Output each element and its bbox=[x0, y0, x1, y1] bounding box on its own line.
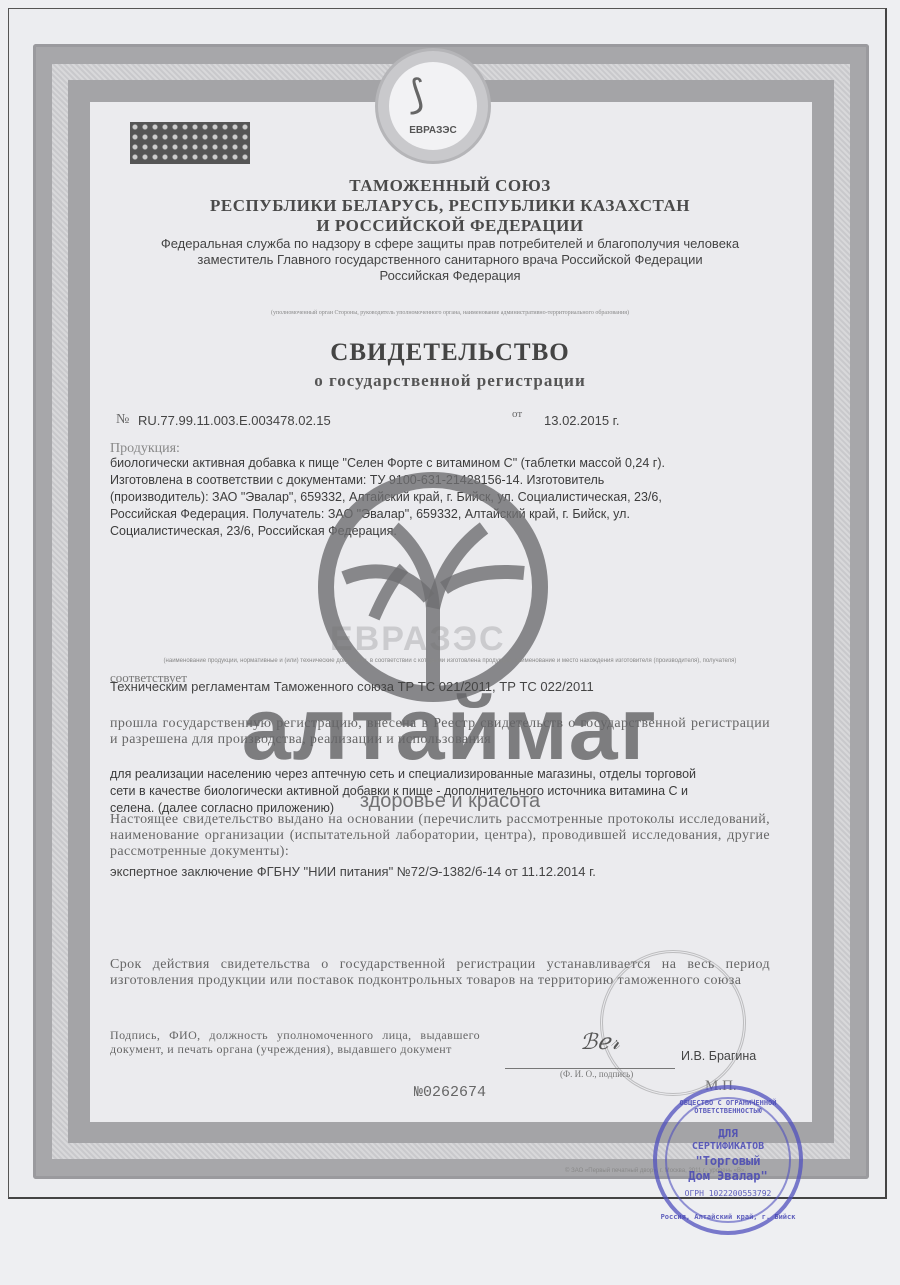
authority-line-2: заместитель Главного государственного са… bbox=[0, 252, 900, 267]
signatory-name: И.В. Брагина bbox=[681, 1049, 756, 1063]
eurasec-logo-icon: ⟆ bbox=[409, 72, 425, 118]
validity-statement: Срок действия свидетельства о государств… bbox=[110, 957, 770, 989]
signature-scribble: ℬℯ𝓇 bbox=[580, 1030, 620, 1055]
leaf-icon bbox=[334, 488, 532, 686]
signature-caption: Подпись, ФИО, должность уполномоченного … bbox=[110, 1028, 480, 1056]
signatory-caption: (Ф. И. О., подпись) bbox=[560, 1069, 633, 1079]
document-title: СВИДЕТЕЛЬСТВО bbox=[0, 339, 900, 367]
expert-conclusion: экспертное заключение ФГБНУ "НИИ питания… bbox=[110, 864, 596, 879]
stamp-ring-top-text: ОБЩЕСТВО С ОГРАНИЧЕННОЙ ОТВЕТСТВЕННОСТЬЮ bbox=[657, 1099, 799, 1115]
emblem-text: ЕВРАЗЭС bbox=[389, 125, 477, 136]
eurasec-emblem: ⟆ ЕВРАЗЭС bbox=[375, 48, 491, 164]
union-title-line-2: РЕСПУБЛИКИ БЕЛАРУСЬ, РЕСПУБЛИКИ КАЗАХСТА… bbox=[0, 196, 900, 216]
copy-certification-stamp: ОБЩЕСТВО С ОГРАНИЧЕННОЙ ОТВЕТСТВЕННОСТЬЮ… bbox=[653, 1085, 803, 1235]
product-caption: (наименование продукции, нормативные и (… bbox=[0, 658, 900, 664]
stamp-line-4: Дом Эвалар" bbox=[657, 1169, 799, 1183]
stamp-ogrn: ОГРН 1022200553792 bbox=[657, 1189, 799, 1198]
basis-statement: Настоящее свидетельство выдано на основа… bbox=[110, 812, 770, 860]
union-title-line-3: И РОССИЙСКОЙ ФЕДЕРАЦИИ bbox=[0, 216, 900, 236]
stamp-line-3: "Торговый bbox=[657, 1154, 799, 1168]
date-label: от bbox=[512, 408, 522, 420]
authority-line-3: Российская Федерация bbox=[0, 268, 900, 283]
authority-caption: (уполномоченный орган Стороны, руководит… bbox=[0, 310, 900, 316]
union-title-line-1: ТАМОЖЕННЫЙ СОЮЗ bbox=[0, 176, 900, 196]
authority-line-1: Федеральная служба по надзору в сфере за… bbox=[0, 236, 900, 251]
registration-date: 13.02.2015 г. bbox=[544, 413, 619, 428]
watermark-tagline: здоровье и красота bbox=[0, 790, 900, 813]
stamp-ring-bottom-text: Россия, Алтайский край, г. Бийск bbox=[657, 1213, 799, 1221]
stamp-line-1: ДЛЯ bbox=[657, 1127, 799, 1140]
security-hologram bbox=[130, 122, 250, 164]
watermark-brand: алтаймаг bbox=[0, 678, 900, 780]
stamp-line-2: СЕРТИФИКАТОВ bbox=[657, 1141, 799, 1152]
watermark-leaf-logo bbox=[318, 472, 548, 702]
product-line: биологически активная добавка к пище "Се… bbox=[110, 455, 790, 472]
registration-number: RU.77.99.11.003.E.003478.02.15 bbox=[138, 413, 331, 428]
number-label: № bbox=[116, 412, 129, 428]
document-subtitle: о государственной регистрации bbox=[0, 371, 900, 391]
